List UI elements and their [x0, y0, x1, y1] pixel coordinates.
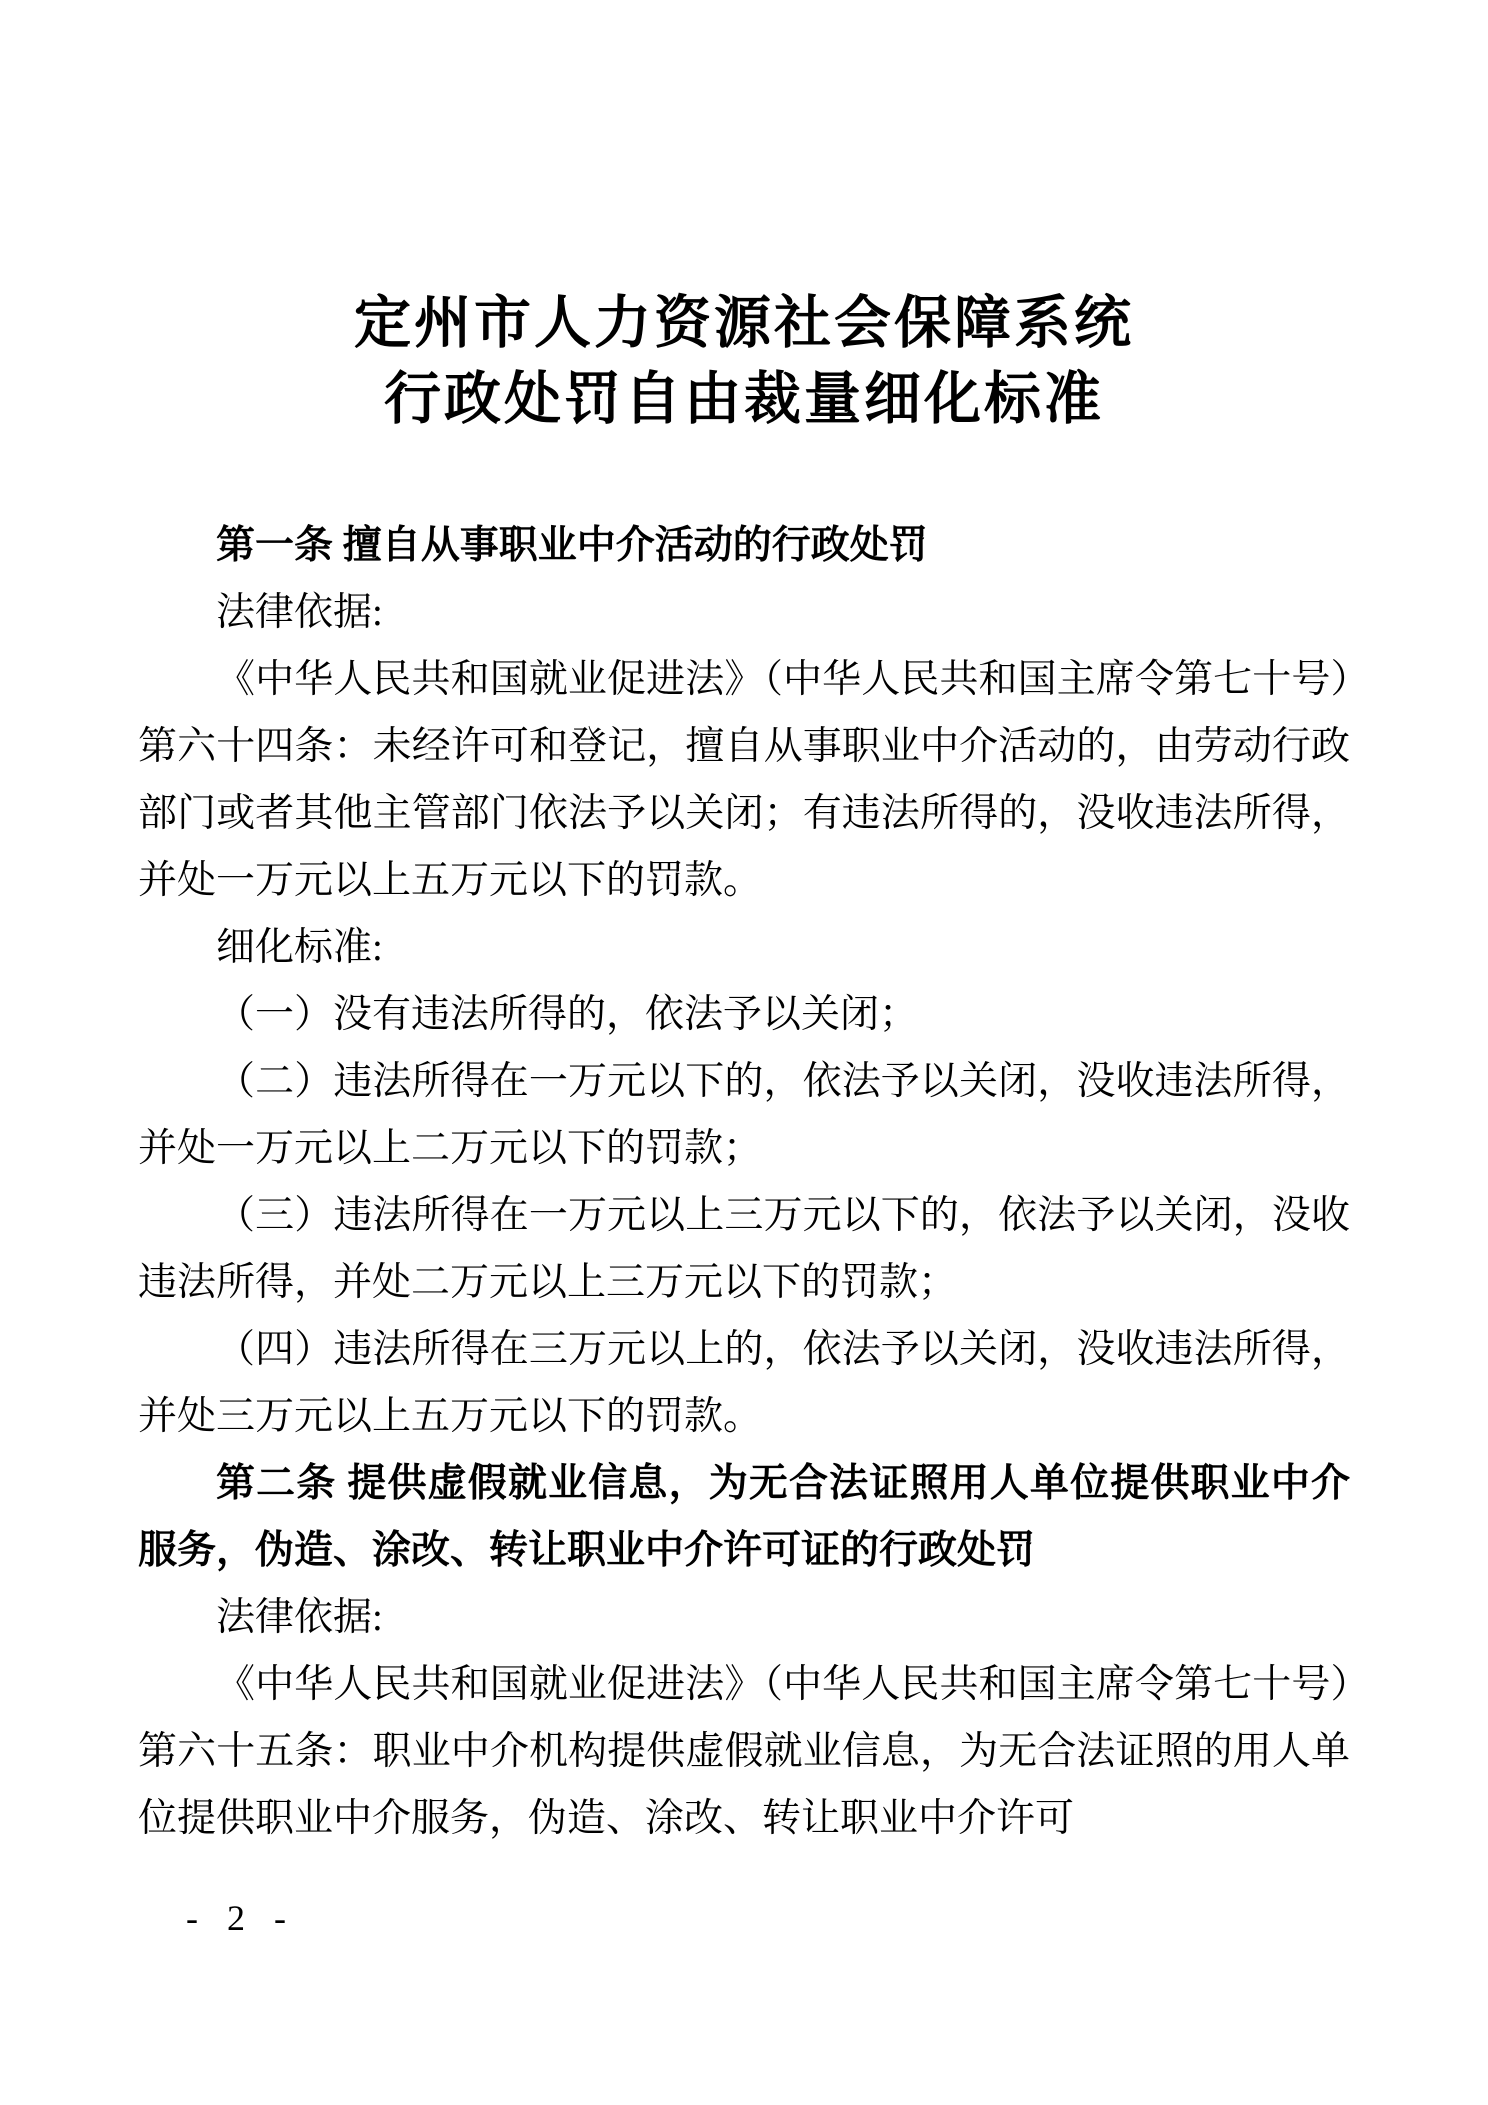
section-1-item-1: （一）没有违法所得的，依法予以关闭； — [138, 981, 1350, 1048]
page-number: - 2 - — [186, 1898, 296, 1938]
section-1-item-4: （四）违法所得在三万元以上的，依法予以关闭，没收违法所得，并处三万元以上五万元以… — [138, 1316, 1350, 1450]
document-title-line-1: 定州市人力资源社会保障系统 — [138, 286, 1350, 362]
section-1-legal-basis-text: 《中华人民共和国就业促进法》（中华人民共和国主席令第七十号）第六十四条：未经许可… — [138, 646, 1350, 914]
section-1-legal-basis-label: 法律依据: — [138, 579, 1350, 646]
section-2-heading: 第二条 提供虚假就业信息，为无合法证照用人单位提供职业中介服务，伪造、涂改、转让… — [138, 1450, 1350, 1584]
section-1-heading: 第一条 擅自从事职业中介活动的行政处罚 — [138, 512, 1350, 579]
document-title-line-2: 行政处罚自由裁量细化标准 — [138, 362, 1350, 438]
section-1-item-3: （三）违法所得在一万元以上三万元以下的，依法予以关闭，没收违法所得，并处二万元以… — [138, 1182, 1350, 1316]
document-page: 定州市人力资源社会保障系统 行政处罚自由裁量细化标准 第一条 擅自从事职业中介活… — [0, 0, 1488, 2105]
section-2-legal-basis-label: 法律依据: — [138, 1584, 1350, 1651]
document-title: 定州市人力资源社会保障系统 行政处罚自由裁量细化标准 — [138, 286, 1350, 438]
section-1-refined-standard-label: 细化标准: — [138, 914, 1350, 981]
section-2-legal-basis-text: 《中华人民共和国就业促进法》（中华人民共和国主席令第七十号）第六十五条：职业中介… — [138, 1651, 1350, 1852]
section-1-item-2: （二）违法所得在一万元以下的，依法予以关闭，没收违法所得，并处一万元以上二万元以… — [138, 1048, 1350, 1182]
document-body: 第一条 擅自从事职业中介活动的行政处罚 法律依据: 《中华人民共和国就业促进法》… — [138, 512, 1350, 1852]
